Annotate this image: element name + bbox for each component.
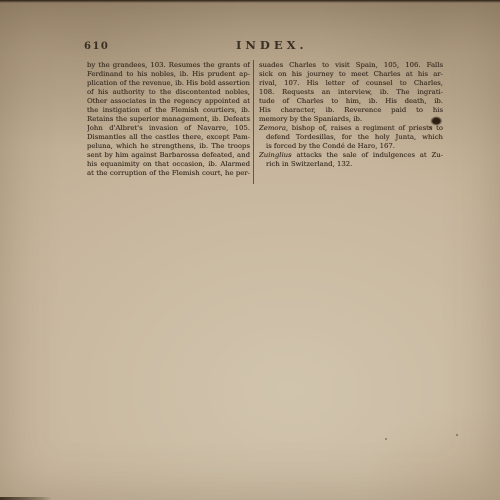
text-line: suades Charles to visit Spain, 105, 106.…	[259, 61, 443, 70]
text-line: by the grandees, 103. Resumes the grants…	[87, 61, 250, 70]
index-entry-term: Zemora	[259, 124, 286, 132]
paper-speck	[385, 438, 387, 440]
scanned-book-page: 610 INDEX. by the grandees, 103. Resumes…	[0, 0, 500, 500]
right-column: suades Charles to visit Spain, 105, 106.…	[259, 61, 443, 169]
text-line: at the corruption of the Flemish court, …	[87, 169, 250, 178]
text-line: His character, ib. Reverence paid to his	[259, 106, 443, 115]
text-line: sick on his journey to meet Charles at h…	[259, 70, 443, 79]
text-line: Dismantles all the castles there, except…	[87, 133, 250, 142]
text-line: is forced by the Condé de Haro, 167.	[259, 142, 443, 151]
text-line: 108. Requests an interview, ib. The ingr…	[259, 88, 443, 97]
text-line: Retains the superior management, ib. Def…	[87, 115, 250, 124]
text-line: the instigation of the Flemish courtiers…	[87, 106, 250, 115]
text-line: memory by the Spaniards, ib.	[259, 115, 443, 124]
page-top-edge	[0, 0, 500, 3]
text-line: Ferdinand to his nobles, ib. His prudent…	[87, 70, 250, 79]
text-line: plication of the revenue, ib. His bold a…	[87, 79, 250, 88]
text-line: sent by him against Barbarossa defeated,…	[87, 151, 250, 160]
text-line: Other associates in the regency appointe…	[87, 97, 250, 106]
text-line: rich in Switzerland, 132.	[259, 160, 443, 169]
page-title: INDEX.	[236, 38, 308, 52]
left-column: by the grandees, 103. Resumes the grants…	[87, 61, 250, 178]
text-line: John d'Albret's invasion of Navarre, 105…	[87, 124, 250, 133]
text-line: defend Tordesillas, for the holy Junta, …	[259, 133, 443, 142]
page-number: 610	[84, 41, 109, 52]
index-entry-first-line: Zemora, bishop of, raises a regiment of …	[259, 124, 443, 133]
paper-speck	[456, 434, 458, 436]
column-divider	[253, 60, 254, 184]
text-line: rival, 107. His letter of counsel to Cha…	[259, 79, 443, 88]
index-entry-first-line: Zuinglius attacks the sale of indulgence…	[259, 151, 443, 160]
text-line: his equanimity on that occasion, ib. Ala…	[87, 160, 250, 169]
index-entry-term: Zuinglius	[259, 151, 292, 159]
text-line: tude of Charles to him, ib. His death, i…	[259, 97, 443, 106]
text-line: peluna, which he strengthens, ib. The tr…	[87, 142, 250, 151]
text-line: of his authority to the discontented nob…	[87, 88, 250, 97]
